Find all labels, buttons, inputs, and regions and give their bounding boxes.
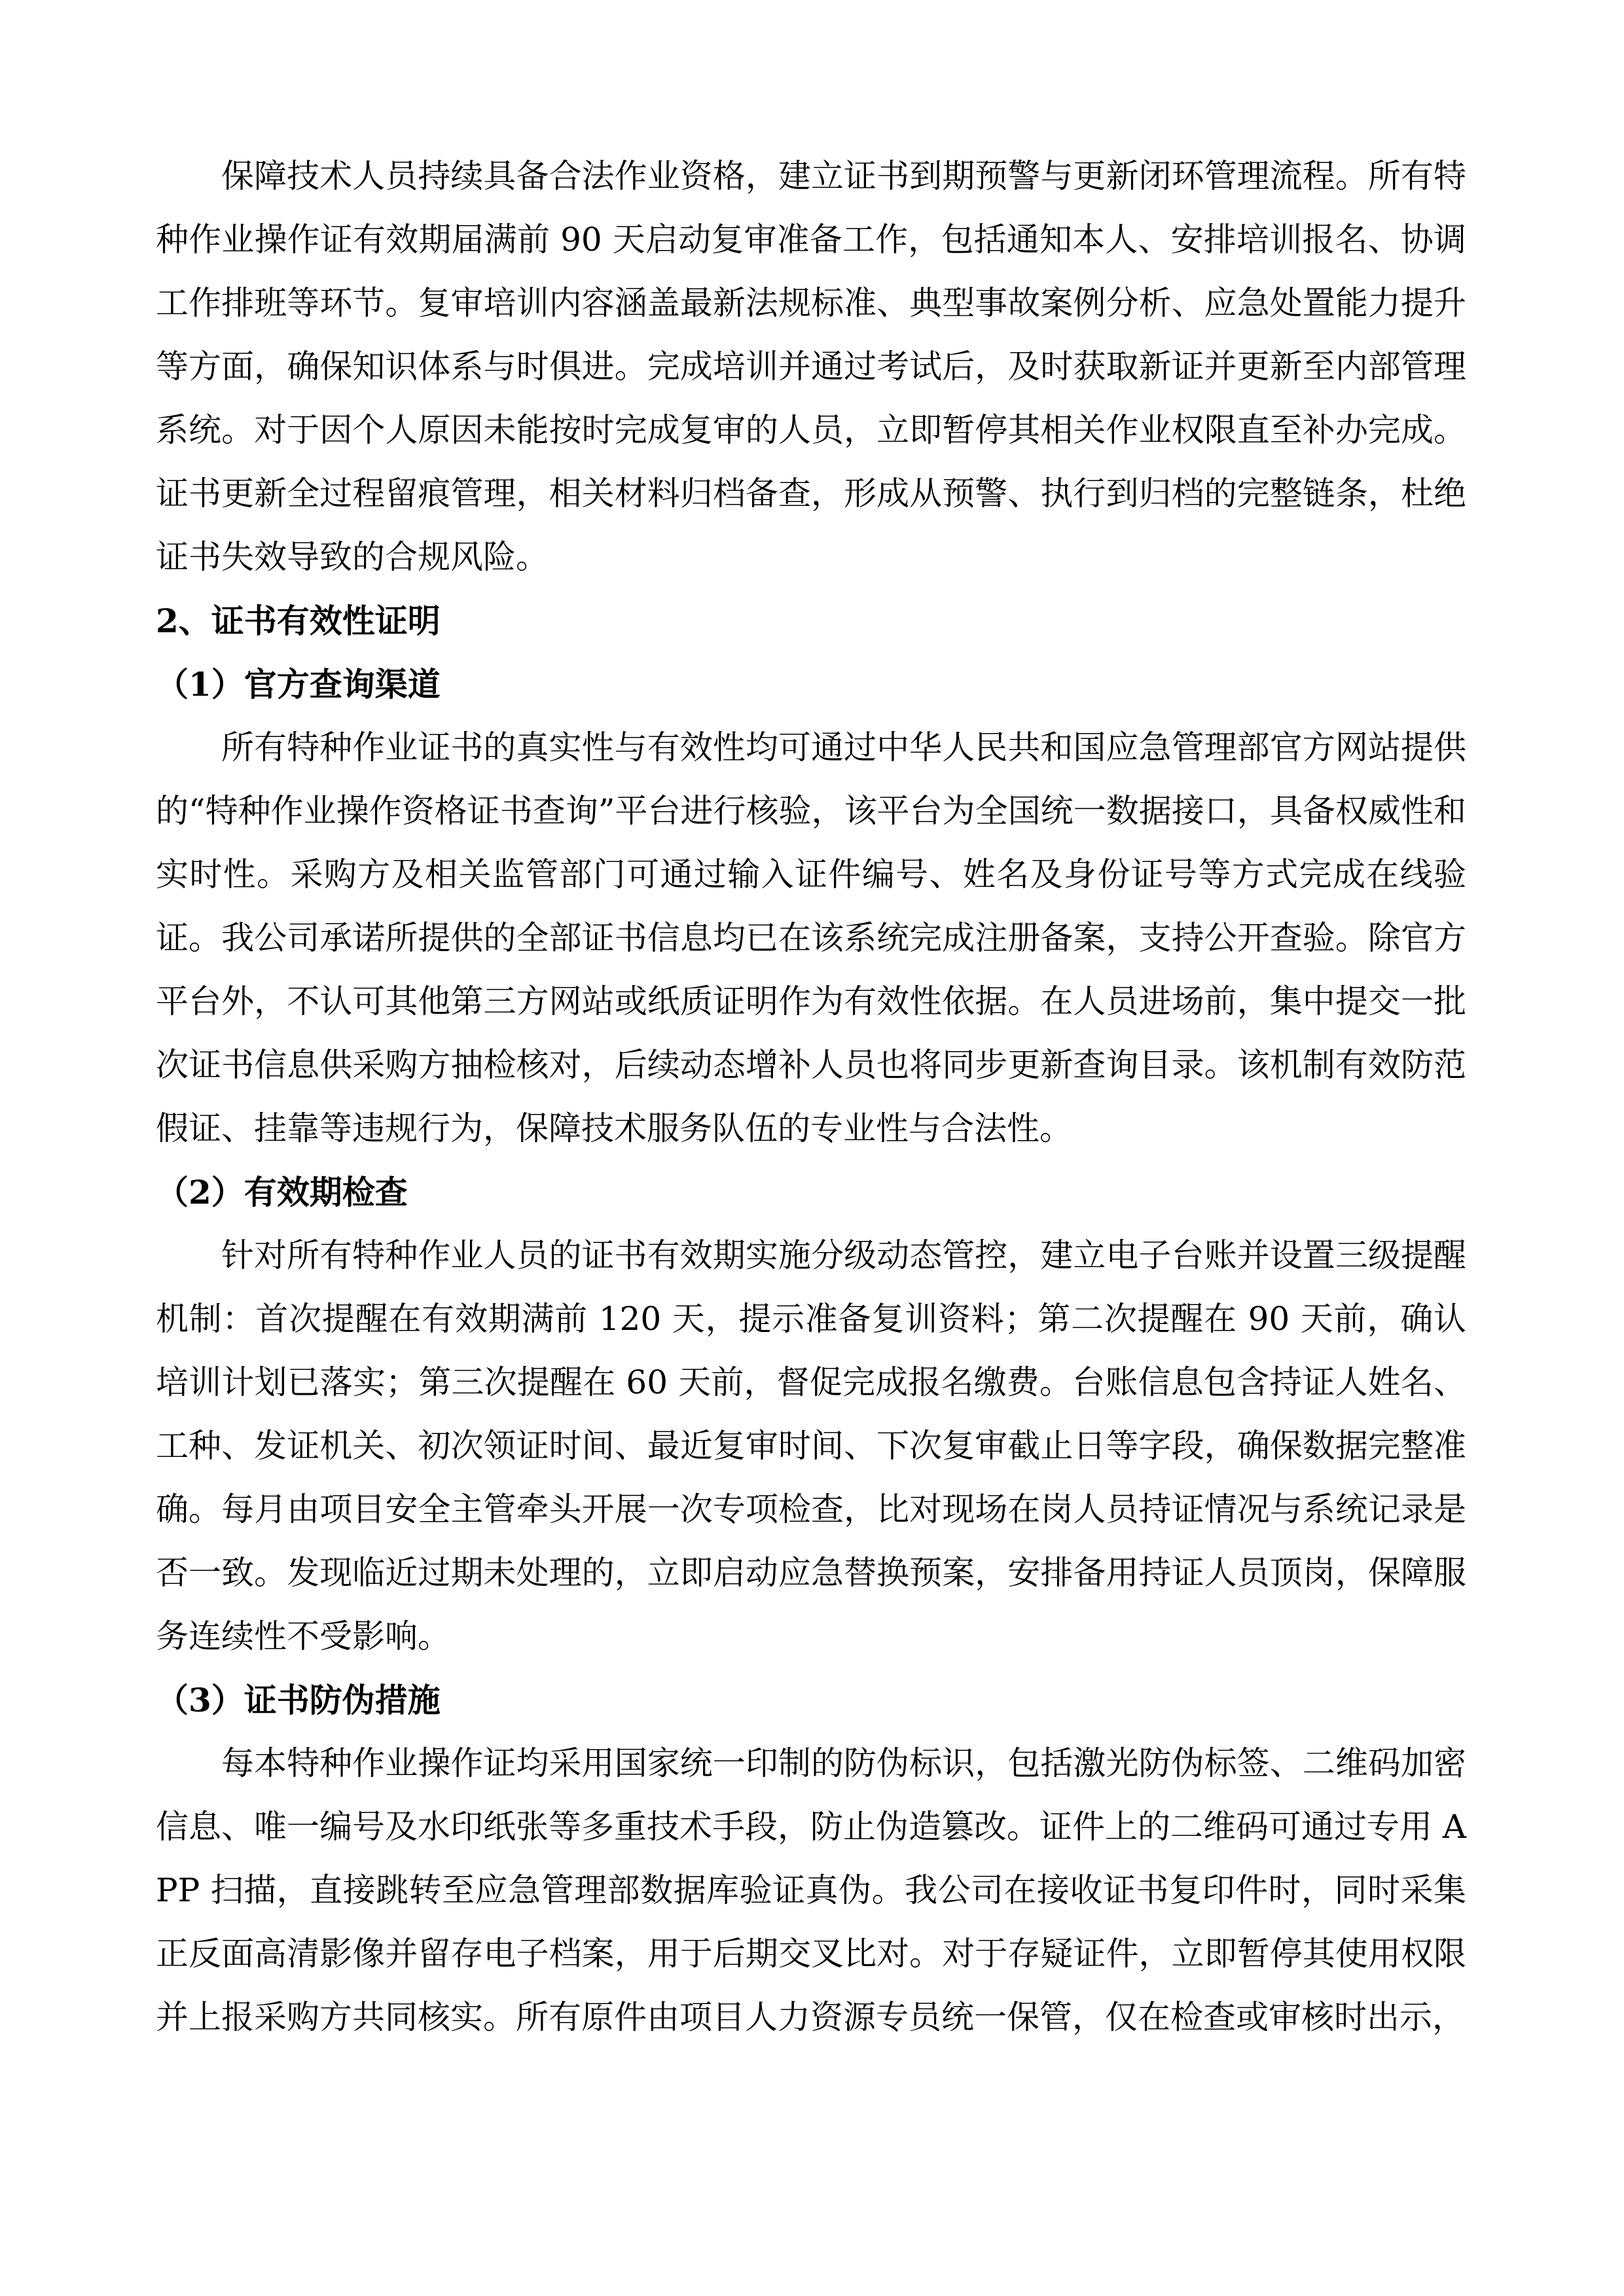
- subheading-anti-counterfeit-measures: （3）证书防伪措施: [156, 1668, 1466, 1732]
- paragraph-certificate-renewal-process: 保障技术人员持续具备合法作业资格，建立证书到期预警与更新闭环管理流程。所有特种作…: [156, 145, 1466, 589]
- paragraph-validity-period-check: 针对所有特种作业人员的证书有效期实施分级动态管控，建立电子台账并设置三级提醒机制…: [156, 1224, 1466, 1668]
- paragraph-official-query-channel: 所有特种作业证书的真实性与有效性均可通过中华人民共和国应急管理部官方网站提供的“…: [156, 716, 1466, 1160]
- subheading-official-query-channel: （1）官方查询渠道: [156, 653, 1466, 716]
- paragraph-anti-counterfeit-measures: 每本特种作业操作证均采用国家统一印制的防伪标识，包括激光防伪标签、二维码加密信息…: [156, 1732, 1466, 2049]
- subheading-validity-period-check: （2）有效期检查: [156, 1160, 1466, 1224]
- heading-certificate-validity-proof: 2、证书有效性证明: [156, 589, 1466, 653]
- document-page: 保障技术人员持续具备合法作业资格，建立证书到期预警与更新闭环管理流程。所有特种作…: [0, 0, 1624, 2296]
